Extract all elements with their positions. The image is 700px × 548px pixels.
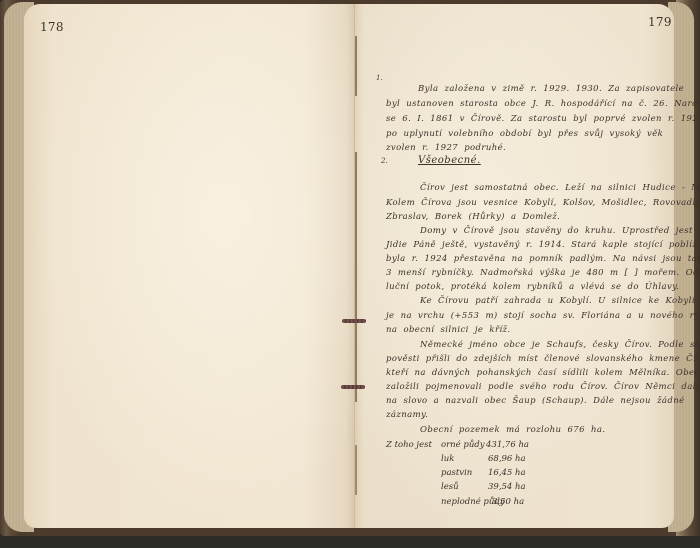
handwritten-line: na obecní silnici je kříž. <box>386 325 511 335</box>
handwritten-line: luční potok, protéká kolem rybníků a vlé… <box>386 282 679 292</box>
left-page <box>24 4 354 528</box>
handwritten-line: se 6. I. 1861 v Čírově. Za starostu byl … <box>386 114 700 124</box>
handwritten-line: byl ustanoven starosta obce J. R. hospod… <box>386 99 700 109</box>
land-row-value: 39,54 ha <box>488 482 526 492</box>
handwritten-line: byla r. 1924 přestavěna na pomník padlým… <box>386 254 700 264</box>
binding-stitch-upper <box>342 319 366 323</box>
handwritten-line: 3 menší rybníčky. Nadmořská výška je 480… <box>386 268 700 278</box>
binding-thread <box>355 152 357 402</box>
section-number: 1. <box>376 74 383 82</box>
section-number: 2. <box>381 157 388 165</box>
handwritten-line: založili pojmenovali podle svého rodu Čí… <box>386 382 700 392</box>
handwritten-line: Německé jméno obce je Schaufs, česky Čír… <box>420 340 700 350</box>
land-row-value: 68,96 ha <box>488 454 526 464</box>
land-row-label: orné půdy <box>441 440 485 450</box>
book-scan: 178 179 1. Byla založena v zimě r. 1929.… <box>0 0 700 548</box>
binding-thread <box>355 36 357 96</box>
handwritten-line: zvolen r. 1927 podruhé. <box>386 143 506 153</box>
land-row-label: luk <box>441 454 454 464</box>
section-heading: Všeobecné. <box>418 155 481 166</box>
handwritten-line: Zbraslav, Borek (Hůrky) a Domlež. <box>386 212 560 222</box>
land-summary-intro: Obecní pozemek má rozlohu 676 ha. <box>420 425 605 435</box>
handwritten-line: Jidie Páně ještě, vystavěný r. 1914. Sta… <box>386 240 700 250</box>
land-summary-prefix: Z toho jest <box>386 440 432 450</box>
handwritten-line: po uplynutí volebního období byl přes sv… <box>386 129 663 139</box>
handwritten-line: pověsti přišli do zdejších míst členové … <box>386 354 700 364</box>
handwritten-line: na slovo a nazvali obec Šaup (Schaup). D… <box>386 396 685 406</box>
binding-thread <box>355 445 357 495</box>
handwritten-line: Čírov jest samostatná obec. Leží na siln… <box>420 183 700 193</box>
handwritten-line: záznamy. <box>386 410 428 420</box>
handwritten-line: Ke Čírovu patří zahrada u Kobylí. U siln… <box>420 296 695 306</box>
land-row-label: pastvin <box>441 468 472 478</box>
land-row-value: 16,45 ha <box>488 468 526 478</box>
land-row-value: 431,76 ha <box>486 440 529 450</box>
binding-stitch-lower <box>341 385 365 389</box>
handwritten-line: Domy v Čírově jsou stavěny do kruhu. Upr… <box>420 226 700 236</box>
handwritten-line: kteří na dávných pohanských časí sídlili… <box>386 368 700 378</box>
handwritten-line: Kolem Čírova jsou vesnice Kobylí, Kolšov… <box>386 198 700 208</box>
land-row-value: 3,50 ha <box>492 497 524 507</box>
handwritten-line: Byla založena v zimě r. 1929. 1930. Za z… <box>418 84 684 94</box>
right-page-number: 179 <box>648 15 672 29</box>
left-page-number: 178 <box>40 20 64 34</box>
handwritten-line: je na vrchu (+553 m) stojí socha sv. Flo… <box>386 311 700 321</box>
land-row-label: lesů <box>441 482 459 492</box>
